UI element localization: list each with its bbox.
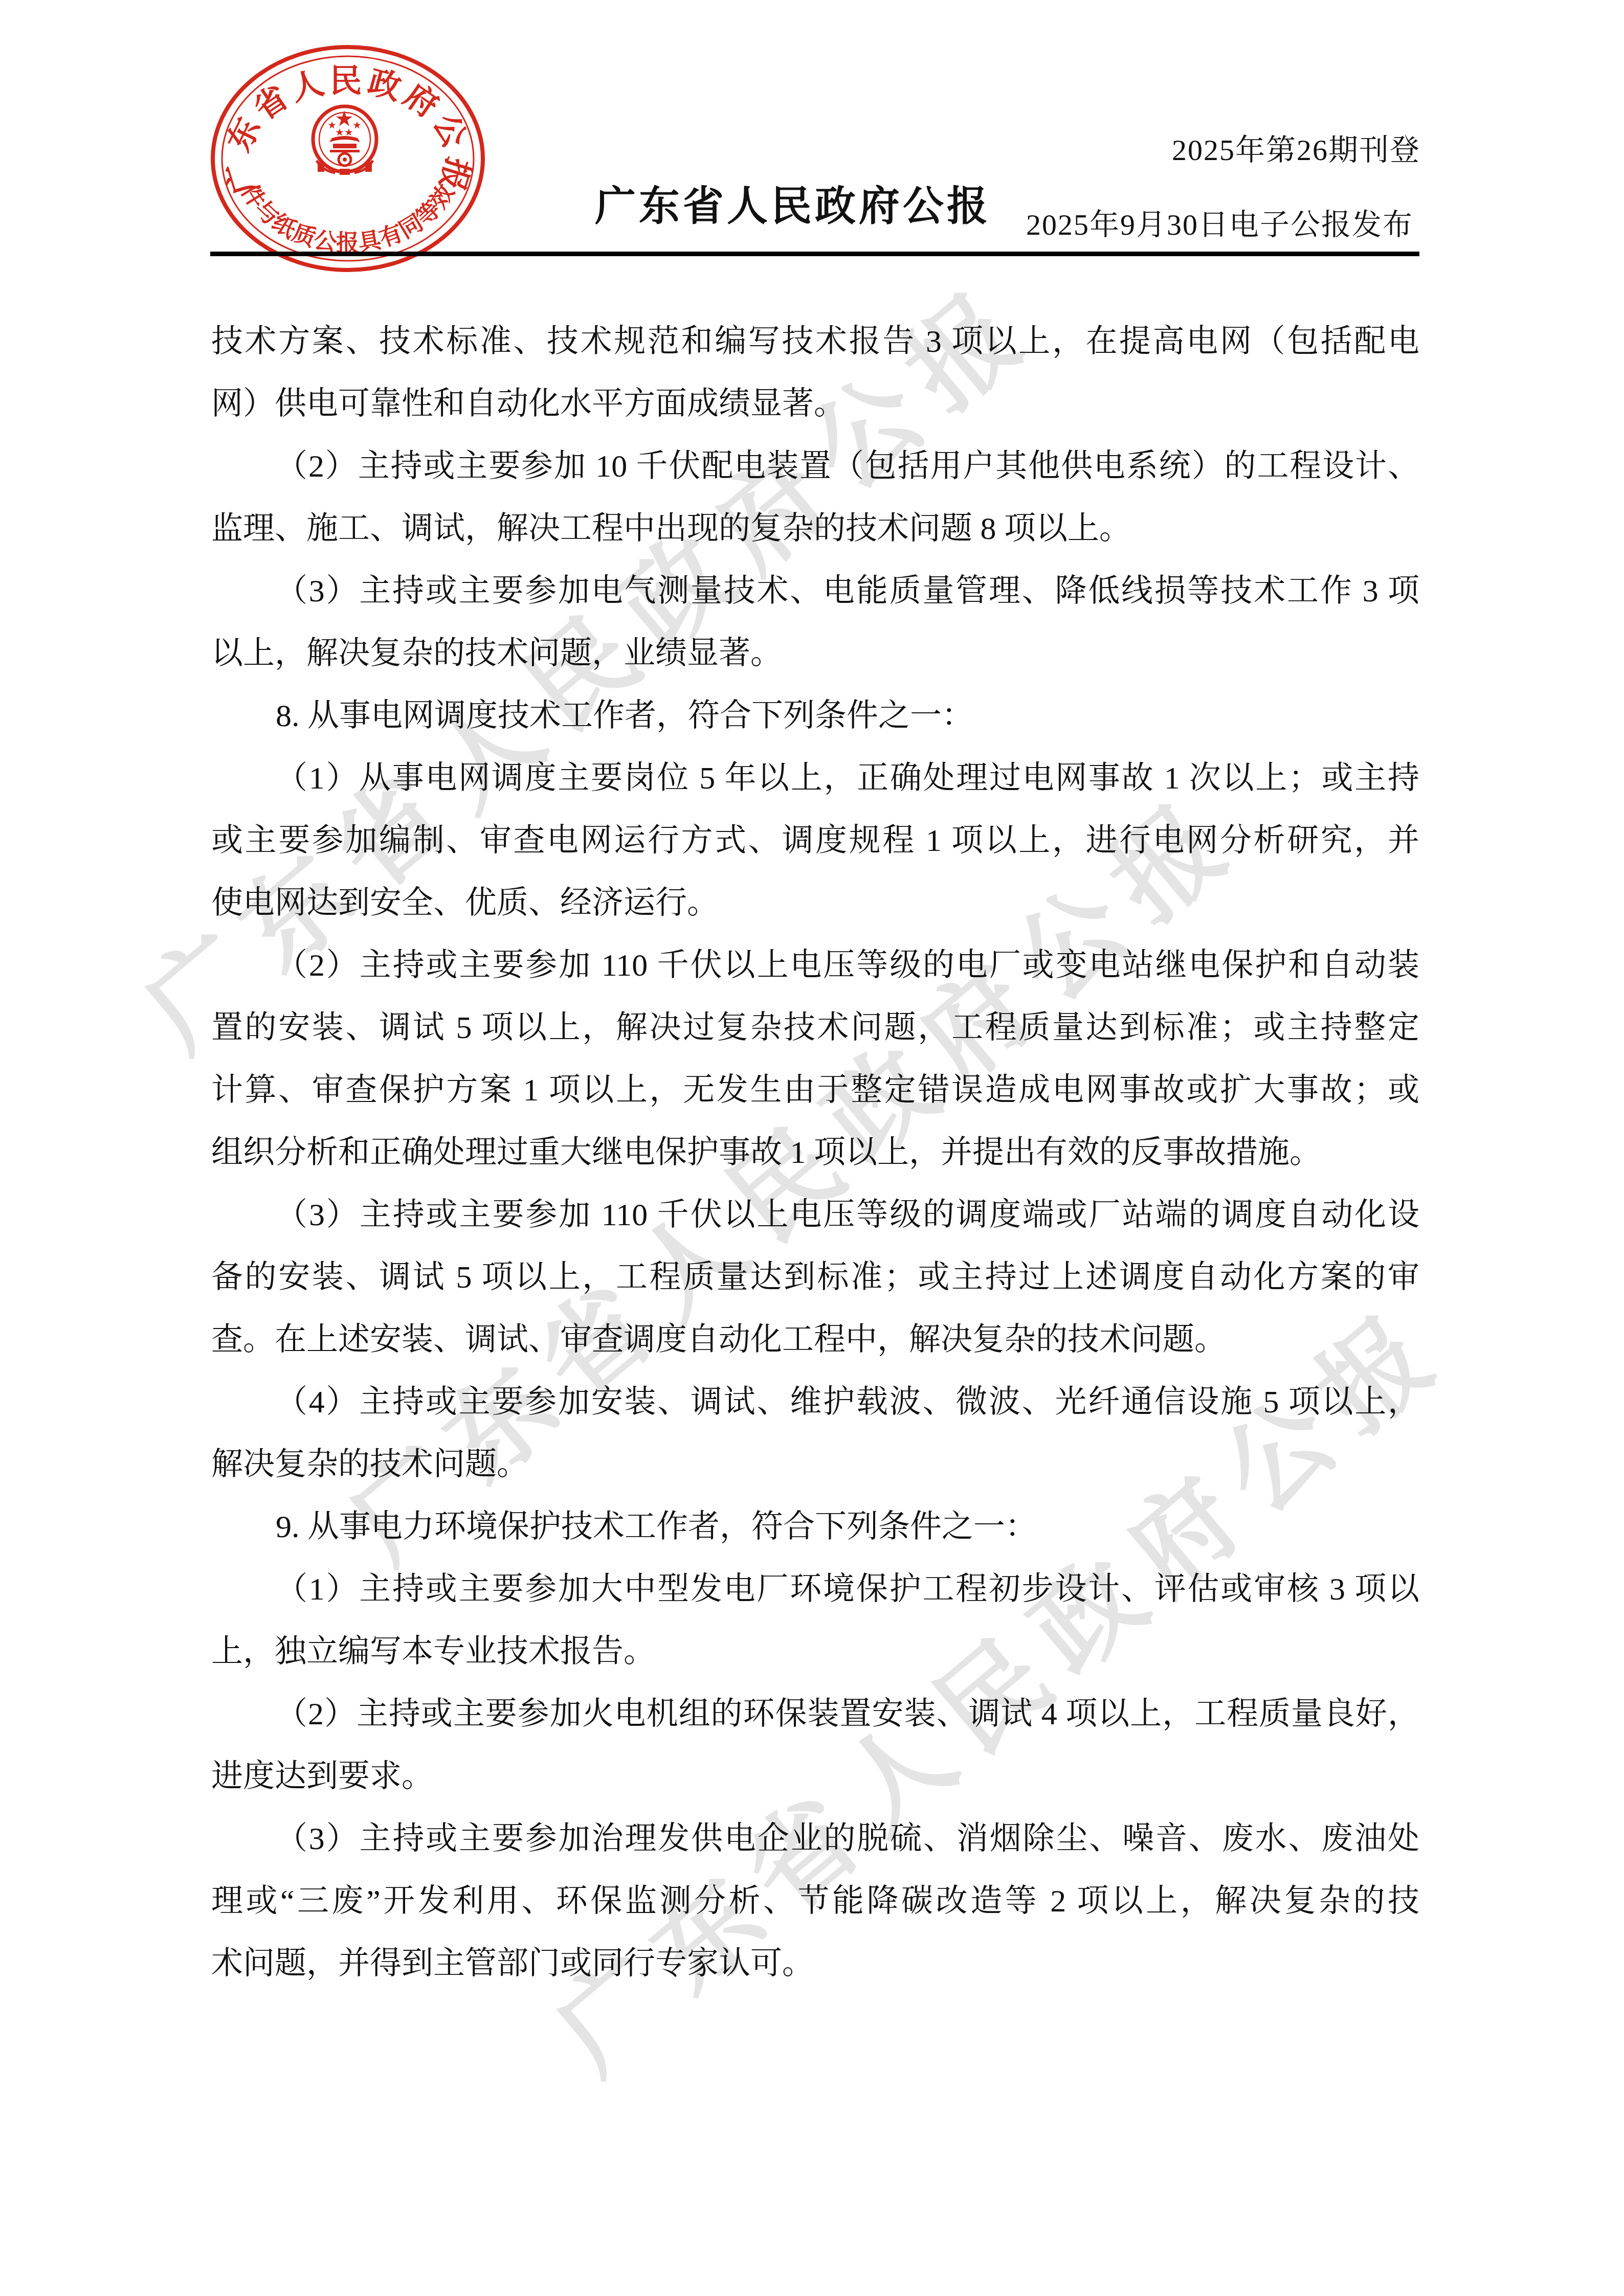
date-line: 2025年9月30日电子公报发布 xyxy=(1026,200,1413,243)
issue-line: 2025年第26期刊登 xyxy=(1172,126,1420,169)
document-body: 技术方案、技术标准、技术规范和编写技术报告 3 项以上，在提高电网（包括配电网）… xyxy=(211,310,1419,1995)
body-line: （4）主持或主要参加安装、调试、维护载波、微波、光纤通信设施 5 项以上， xyxy=(211,1371,1419,1433)
body-line: （1）主持或主要参加大中型发电厂环境保护工程初步设计、评估或审核 3 项以 xyxy=(211,1558,1419,1620)
body-line: 计算、审查保护方案 1 项以上，无发生由于整定错误造成电网事故或扩大事故；或 xyxy=(211,1059,1419,1121)
body-line: 上，独立编写本专业技术报告。 xyxy=(211,1620,1419,1683)
body-line: （2）主持或主要参加 10 千伏配电装置（包括用户其他供电系统）的工程设计、 xyxy=(211,435,1419,498)
header-rule xyxy=(210,252,1419,256)
body-line: 理或“三废”开发利用、环保监测分析、节能降碳改造等 2 项以上，解决复杂的技 xyxy=(211,1870,1419,1932)
body-line: 9. 从事电力环境保护技术工作者，符合下列条件之一： xyxy=(211,1496,1419,1558)
body-line: 8. 从事电网调度技术工作者，符合下列条件之一： xyxy=(211,685,1419,747)
body-line: （1）从事电网调度主要岗位 5 年以上，正确处理过电网事故 1 次以上；或主持 xyxy=(211,747,1419,809)
seal-top-text: 广东省人民政府公报 xyxy=(219,63,477,199)
body-line: （2）主持或主要参加火电机组的环保装置安装、调试 4 项以上，工程质量良好， xyxy=(211,1683,1419,1745)
official-seal: 广东省人民政府公报 此件与纸质公报具有同等效力 xyxy=(210,45,486,275)
body-line: （3）主持或主要参加 110 千伏以上电压等级的调度端或厂站端的调度自动化设 xyxy=(211,1184,1419,1246)
body-line: 进度达到要求。 xyxy=(211,1745,1419,1808)
body-line: 术问题，并得到主管部门或同行专家认可。 xyxy=(211,1932,1419,1995)
body-line: 组织分析和正确处理过重大继电保护事故 1 项以上，并提出有效的反事故措施。 xyxy=(211,1121,1419,1184)
body-line: 技术方案、技术标准、技术规范和编写技术报告 3 项以上，在提高电网（包括配电 xyxy=(211,310,1419,373)
body-line: 查。在上述安装、调试、审查调度自动化工程中，解决复杂的技术问题。 xyxy=(211,1309,1419,1371)
body-line: 使电网达到安全、优质、经济运行。 xyxy=(211,872,1419,934)
body-line: 网）供电可靠性和自动化水平方面成绩显著。 xyxy=(211,373,1419,435)
body-line: （3）主持或主要参加治理发供电企业的脱硫、消烟除尘、噪音、废水、废油处 xyxy=(211,1808,1419,1870)
masthead-title: 广东省人民政府公报 xyxy=(595,173,991,232)
body-line: 解决复杂的技术问题。 xyxy=(211,1433,1419,1496)
body-line: （3）主持或主要参加电气测量技术、电能质量管理、降低线损等技术工作 3 项 xyxy=(211,560,1419,622)
gazette-page: 广东省人民政府公报广东省人民政府公报广东省人民政府公报 广东省人民政府公报 此件… xyxy=(0,0,1624,2296)
national-emblem-icon xyxy=(313,106,376,175)
body-line: 监理、施工、调试，解决工程中出现的复杂的技术问题 8 项以上。 xyxy=(211,498,1419,560)
body-line: 置的安装、调试 5 项以上，解决过复杂技术问题，工程质量达到标准；或主持整定 xyxy=(211,997,1419,1059)
body-line: 或主要参加编制、审查电网运行方式、调度规程 1 项以上，进行电网分析研究，并 xyxy=(211,809,1419,872)
body-line: 以上，解决复杂的技术问题，业绩显著。 xyxy=(211,622,1419,685)
body-line: 备的安装、调试 5 项以上，工程质量达到标准；或主持过上述调度自动化方案的审 xyxy=(211,1246,1419,1309)
body-line: （2）主持或主要参加 110 千伏以上电压等级的电厂或变电站继电保护和自动装 xyxy=(211,934,1419,997)
